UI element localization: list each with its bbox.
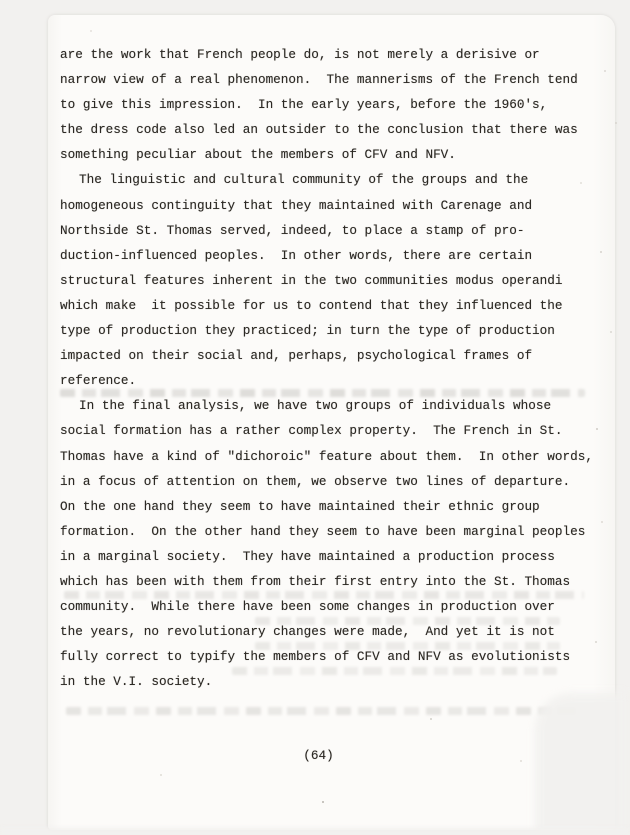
text-line: are the work that French people do, is n… (60, 42, 605, 67)
text-line: in a focus of attention on them, we obse… (60, 469, 605, 494)
text-line: narrow view of a real phenomenon. The ma… (60, 67, 605, 92)
bleed-through-line (66, 707, 576, 715)
scan-bottom-edge (0, 828, 630, 835)
body-text: are the work that French people do, is n… (60, 42, 605, 694)
text-line: the dress code also led an outsider to t… (60, 117, 605, 142)
document-scan: are the work that French people do, is n… (0, 0, 630, 835)
text-line: in a marginal society. They have maintai… (60, 544, 605, 569)
text-line: The linguistic and cultural community of… (60, 167, 605, 192)
text-line: impacted on their social and, perhaps, p… (60, 343, 605, 368)
text-line: fully correct to typify the members of C… (60, 644, 605, 669)
text-line: In the final analysis, we have two group… (60, 393, 605, 418)
text-line: structural features inherent in the two … (60, 268, 605, 293)
text-line: homogeneous continguity that they mainta… (60, 193, 605, 218)
text-line: which has been with them from their firs… (60, 569, 605, 594)
text-line: Thomas have a kind of "dichoroic" featur… (60, 444, 605, 469)
text-line: reference. (60, 368, 605, 393)
text-line: duction-influenced peoples. In other wor… (60, 243, 605, 268)
text-line: which make it possible for us to contend… (60, 293, 605, 318)
text-line: Northside St. Thomas served, indeed, to … (60, 218, 605, 243)
scan-corner-shade (535, 693, 630, 835)
text-line: formation. On the other hand they seem t… (60, 519, 605, 544)
text-line: type of production they practiced; in tu… (60, 318, 605, 343)
text-line: in the V.I. society. (60, 669, 605, 694)
page-number: (64) (60, 743, 577, 768)
text-line: something peculiar about the members of … (60, 142, 605, 167)
text-line: On the one hand they seem to have mainta… (60, 494, 605, 519)
scan-speckles (0, 0, 2, 2)
text-line: social formation has a rather complex pr… (60, 418, 605, 443)
text-line: to give this impression. In the early ye… (60, 92, 605, 117)
text-line: the years, no revolutionary changes were… (60, 619, 605, 644)
text-line: community. While there have been some ch… (60, 594, 605, 619)
